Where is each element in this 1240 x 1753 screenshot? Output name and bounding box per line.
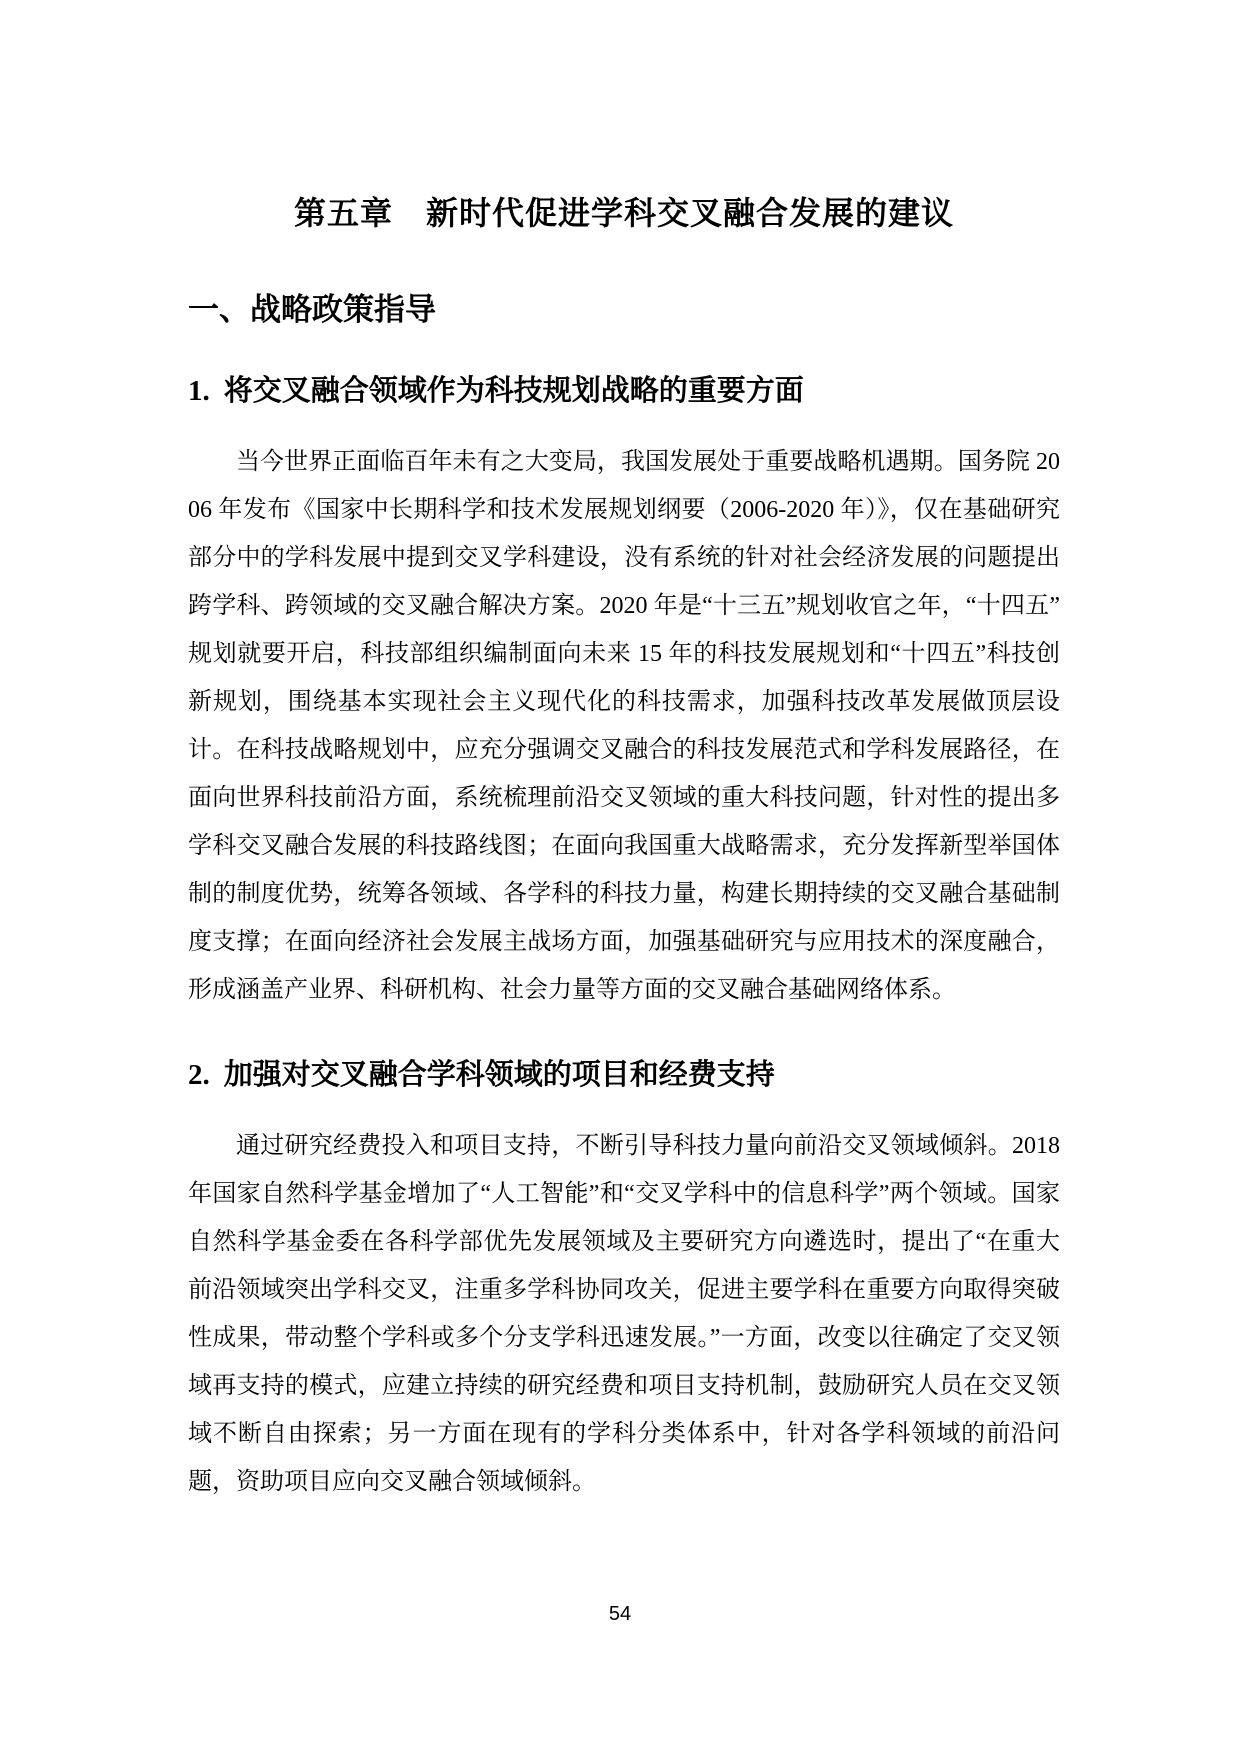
subsection-1-number: 1.	[188, 375, 210, 407]
section-heading: 一、战略政策指导	[188, 290, 1060, 330]
subsection-1-title: 将交叉融合领域作为科技规划战略的重要方面	[224, 375, 804, 407]
document-page: 第五章 新时代促进学科交叉融合发展的建议 一、战略政策指导 1.将交叉融合领域作…	[0, 0, 1240, 1753]
chapter-title: 第五章 新时代促进学科交叉融合发展的建议	[188, 192, 1060, 234]
subsection-2-number: 2.	[188, 1059, 210, 1091]
paragraph-2: 通过研究经费投入和项目支持，不断引导科技力量向前沿交叉领域倾斜。2018 年国家…	[188, 1122, 1060, 1506]
subsection-2-title: 加强对交叉融合学科领域的项目和经费支持	[224, 1059, 775, 1091]
subsection-heading-2: 2.加强对交叉融合学科领域的项目和经费支持	[188, 1056, 1060, 1094]
page-number: 54	[0, 1600, 1240, 1628]
paragraph-1: 当今世界正面临百年未有之大变局，我国发展处于重要战略机遇期。国务院 2006 年…	[188, 438, 1060, 1014]
subsection-heading-1: 1.将交叉融合领域作为科技规划战略的重要方面	[188, 372, 1060, 410]
